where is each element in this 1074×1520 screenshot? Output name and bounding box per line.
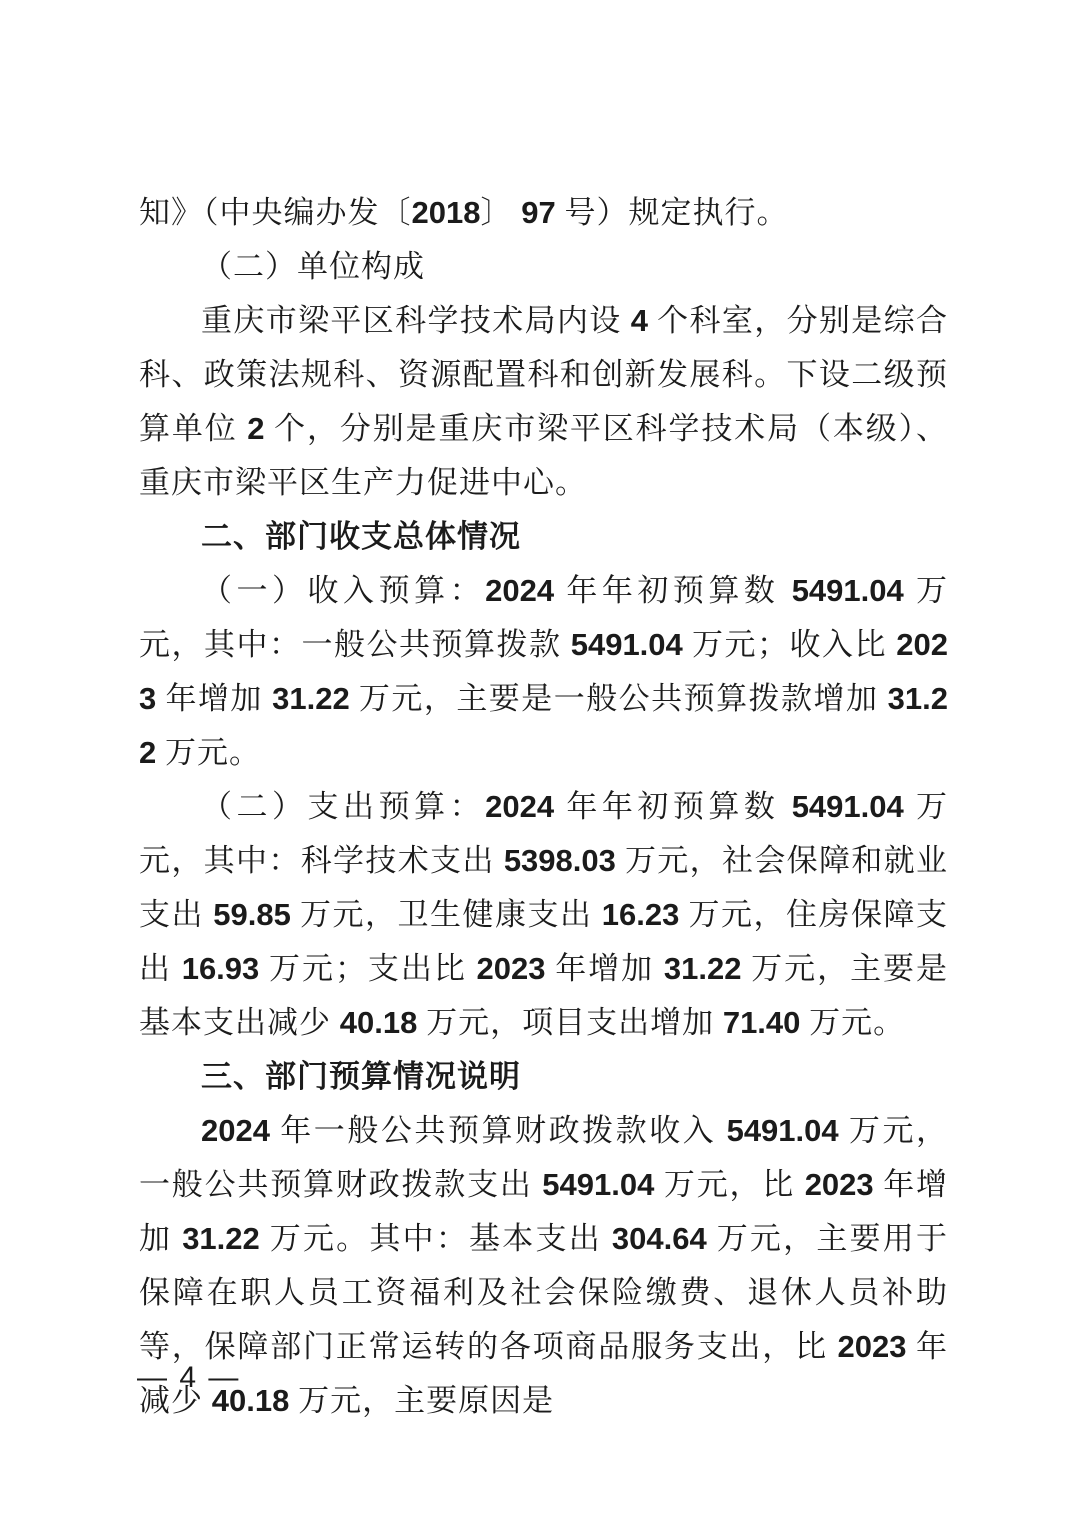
paragraph-expenditure-budget: （二）支出预算：2024 年年初预算数 5491.04 万元，其中：科学技术支出…	[139, 780, 948, 1050]
paragraph-continuation-regulation: 知》（中央编办发〔2018〕 97 号）规定执行。	[139, 186, 948, 240]
document-body: 知》（中央编办发〔2018〕 97 号）规定执行。 （二）单位构成 重庆市梁平区…	[139, 186, 948, 1428]
section-heading-budget-explanation: 三、部门预算情况说明	[139, 1050, 948, 1104]
paragraph-revenue-budget: （一）收入预算：2024 年年初预算数 5491.04 万元，其中：一般公共预算…	[139, 564, 948, 780]
subheading-unit-composition: （二）单位构成	[139, 240, 948, 294]
page-number: — 4 —	[137, 1356, 240, 1400]
document-page: 知》（中央编办发〔2018〕 97 号）规定执行。 （二）单位构成 重庆市梁平区…	[0, 0, 1074, 1520]
paragraph-unit-composition: 重庆市梁平区科学技术局内设 4 个科室，分别是综合科、政策法规科、资源配置科和创…	[139, 294, 948, 510]
section-heading-revenue-expenditure-overview: 二、部门收支总体情况	[139, 510, 948, 564]
paragraph-budget-explanation: 2024 年一般公共预算财政拨款收入 5491.04 万元，一般公共预算财政拨款…	[139, 1104, 948, 1428]
